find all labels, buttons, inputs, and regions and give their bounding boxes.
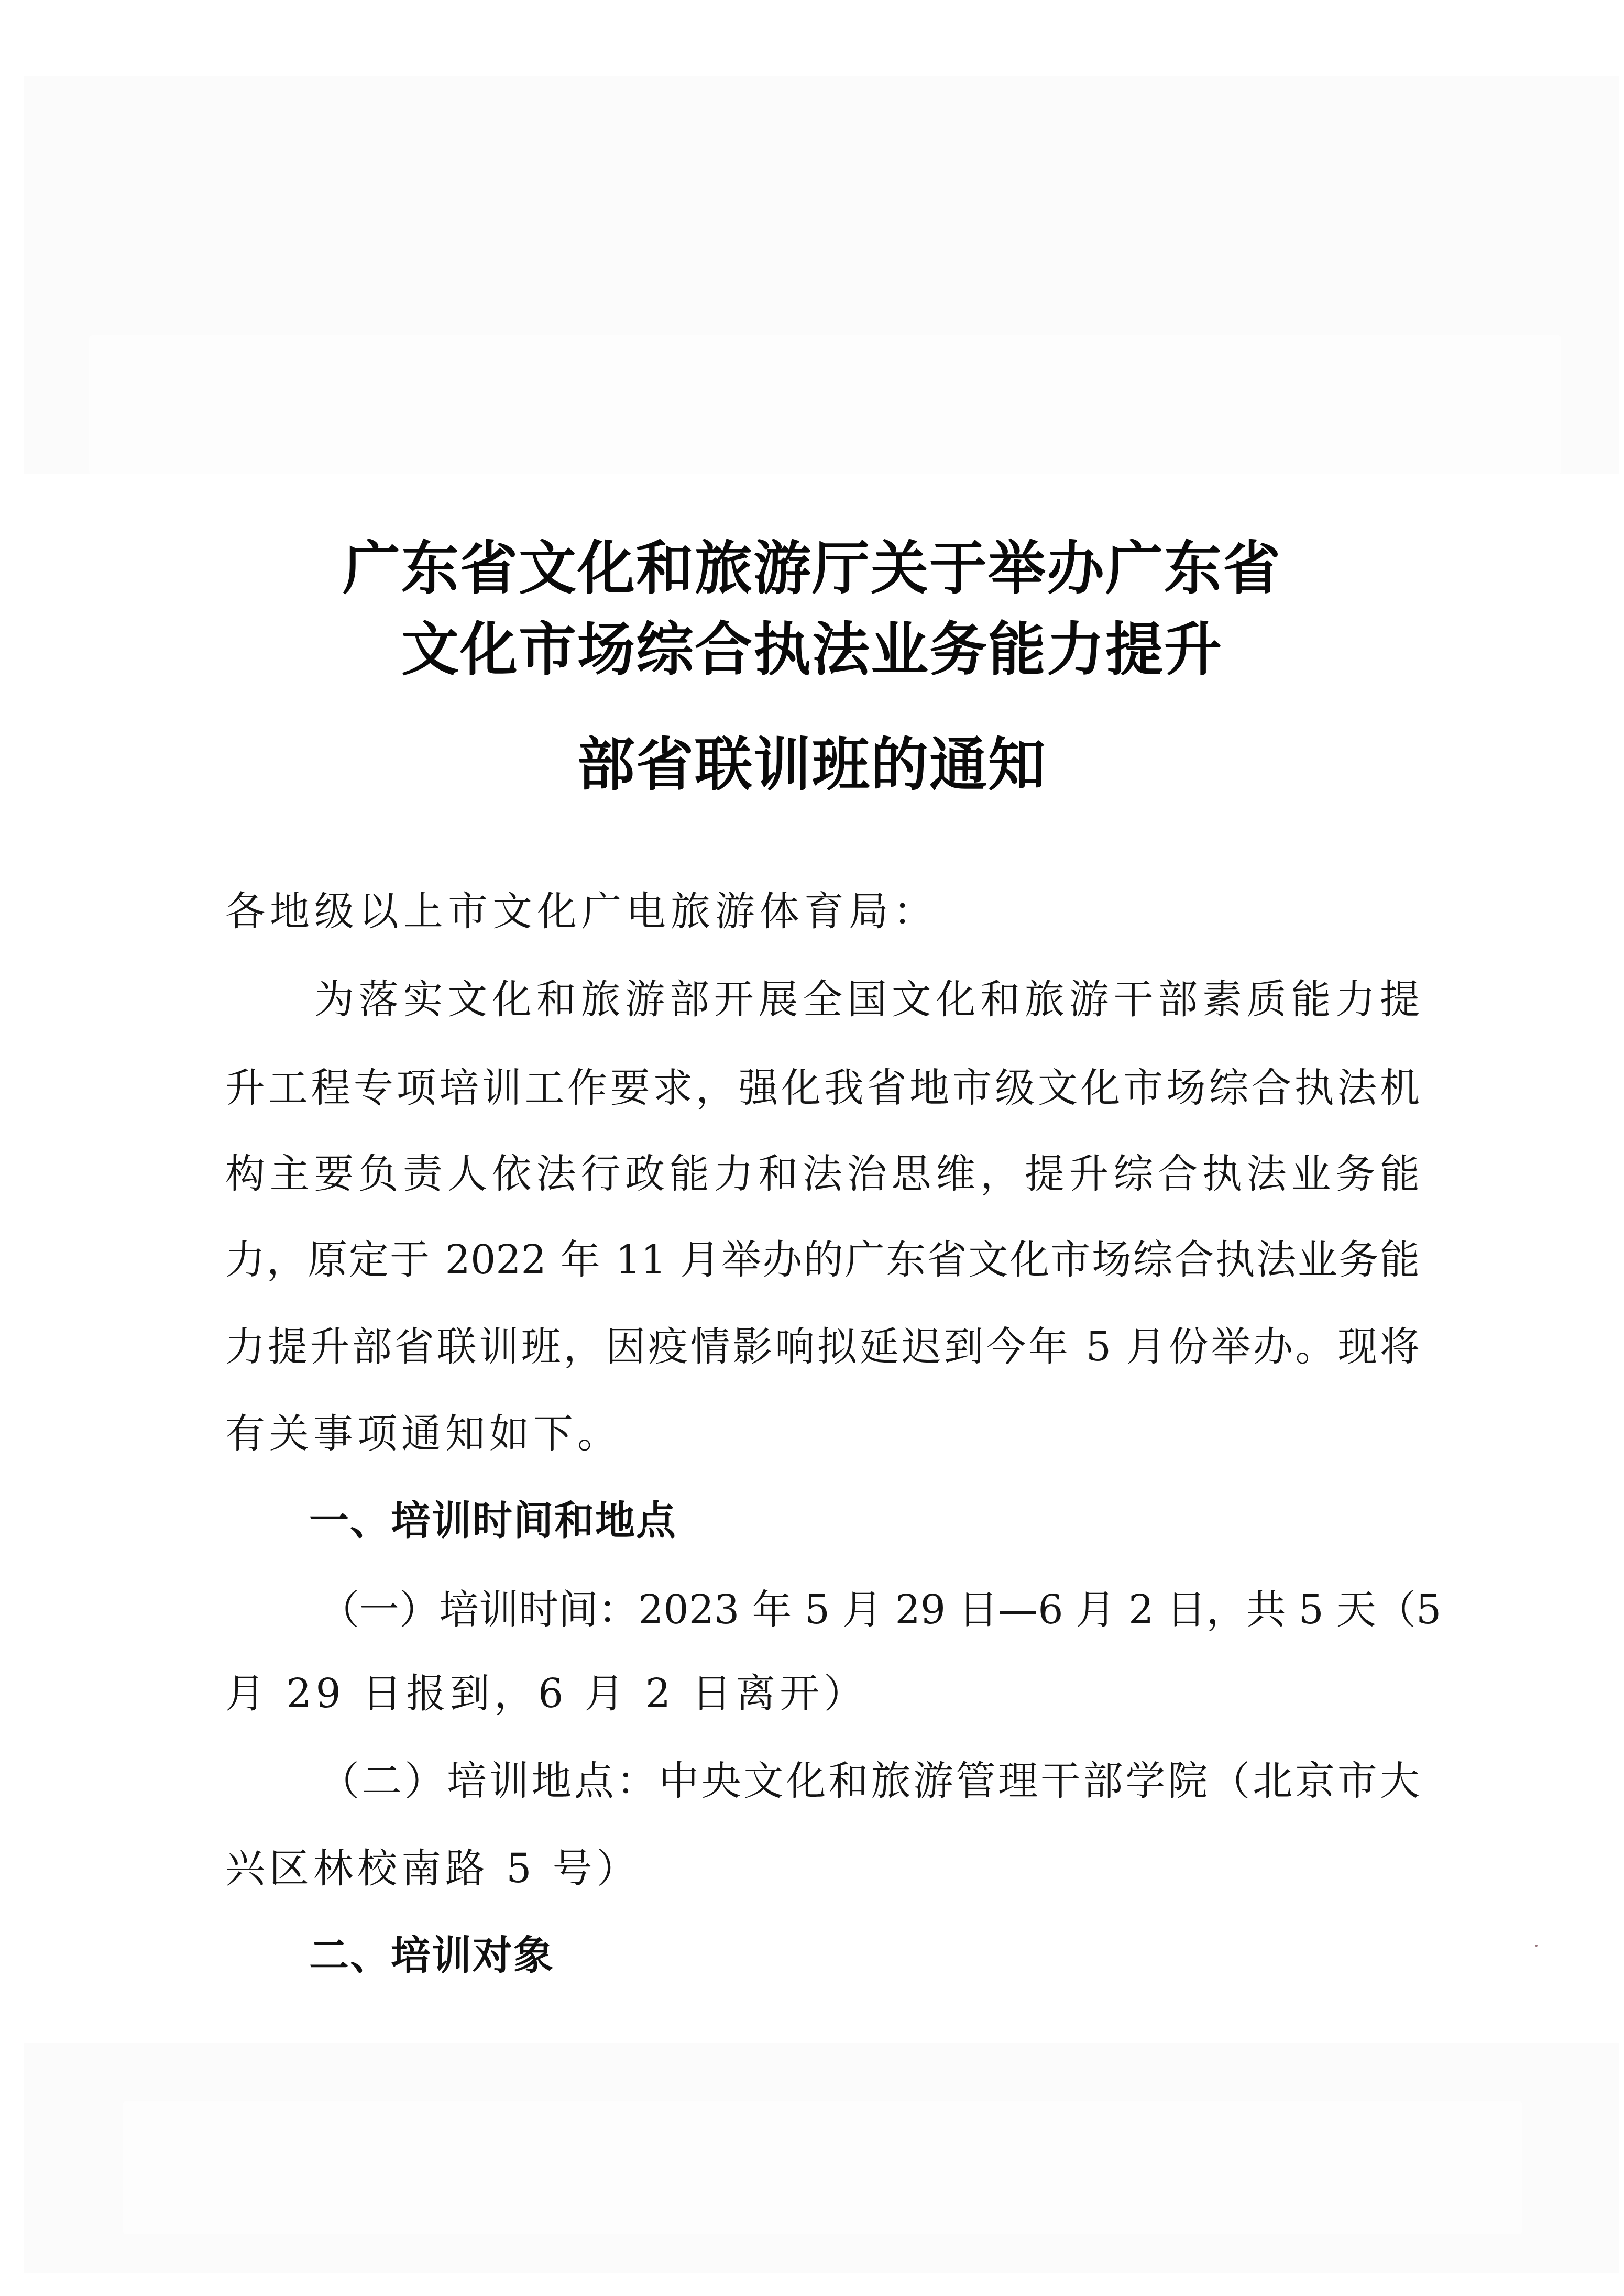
paragraph-line: 力，原定于 2022 年 11 月举办的广东省文化市场综合执法业务能 xyxy=(225,1236,1420,1283)
paragraph-line: 为落实文化和旅游部开展全国文化和旅游干部素质能力提 xyxy=(314,976,1420,1023)
item-line: （一）培训时间：2023 年 5 月 29 日—6 月 2 日，共 5 天（5 xyxy=(320,1586,1420,1633)
title-line-3: 部省联训班的通知 xyxy=(0,733,1624,796)
item-line: 月 29 日报到，6 月 2 日离开） xyxy=(225,1670,1420,1717)
scan-artifact-bottom-inner xyxy=(123,2101,1522,2234)
section-heading: 一、培训时间和地点 xyxy=(309,1497,677,1544)
scan-speck xyxy=(1535,1945,1538,1947)
scan-artifact-top-inner xyxy=(89,335,1561,474)
item-line: （二）培训地点：中央文化和旅游管理干部学院（北京市大 xyxy=(320,1757,1420,1805)
paragraph-line: 有关事项通知如下。 xyxy=(225,1410,1420,1457)
section-heading: 二、培训对象 xyxy=(309,1932,554,1979)
paragraph-line: 力提升部省联训班，因疫情影响拟延迟到今年 5 月份举办。现将 xyxy=(225,1323,1420,1370)
paragraph-line: 构主要负责人依法行政能力和法治思维，提升综合执法业务能 xyxy=(225,1150,1420,1198)
salutation: 各地级以上市文化广电旅游体育局： xyxy=(225,888,1420,935)
title-line-1: 广东省文化和旅游厅关于举办广东省 xyxy=(0,537,1624,600)
paragraph-line: 升工程专项培训工作要求，强化我省地市级文化市场综合执法机 xyxy=(225,1064,1420,1112)
title-line-2: 文化市场综合执法业务能力提升 xyxy=(0,618,1624,681)
item-line: 兴区林校南路 5 号） xyxy=(225,1845,1420,1892)
